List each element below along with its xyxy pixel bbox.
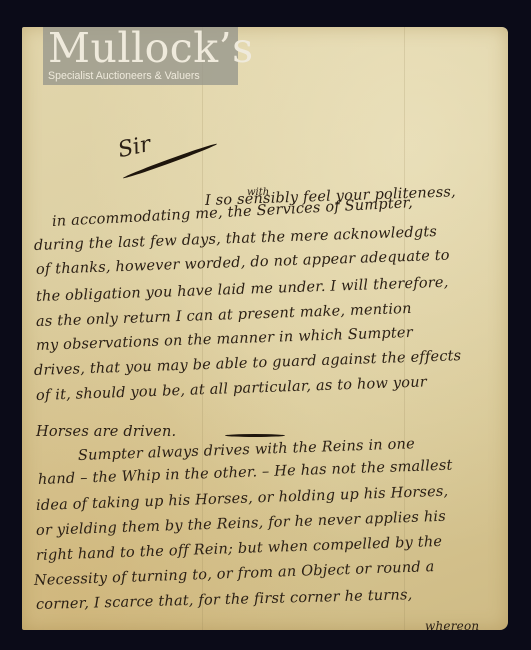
watermark-title: Mullock’s	[48, 25, 254, 71]
catchword: whereon	[425, 619, 479, 633]
fold-crease	[202, 27, 203, 630]
watermark-box: Mullock’s Specialist Auctioneers & Value…	[43, 27, 238, 85]
watermark-subtitle: Specialist Auctioneers & Valuers	[48, 70, 200, 82]
paragraph-flourish	[225, 434, 285, 437]
letter-line: Horses are driven.	[36, 424, 176, 440]
